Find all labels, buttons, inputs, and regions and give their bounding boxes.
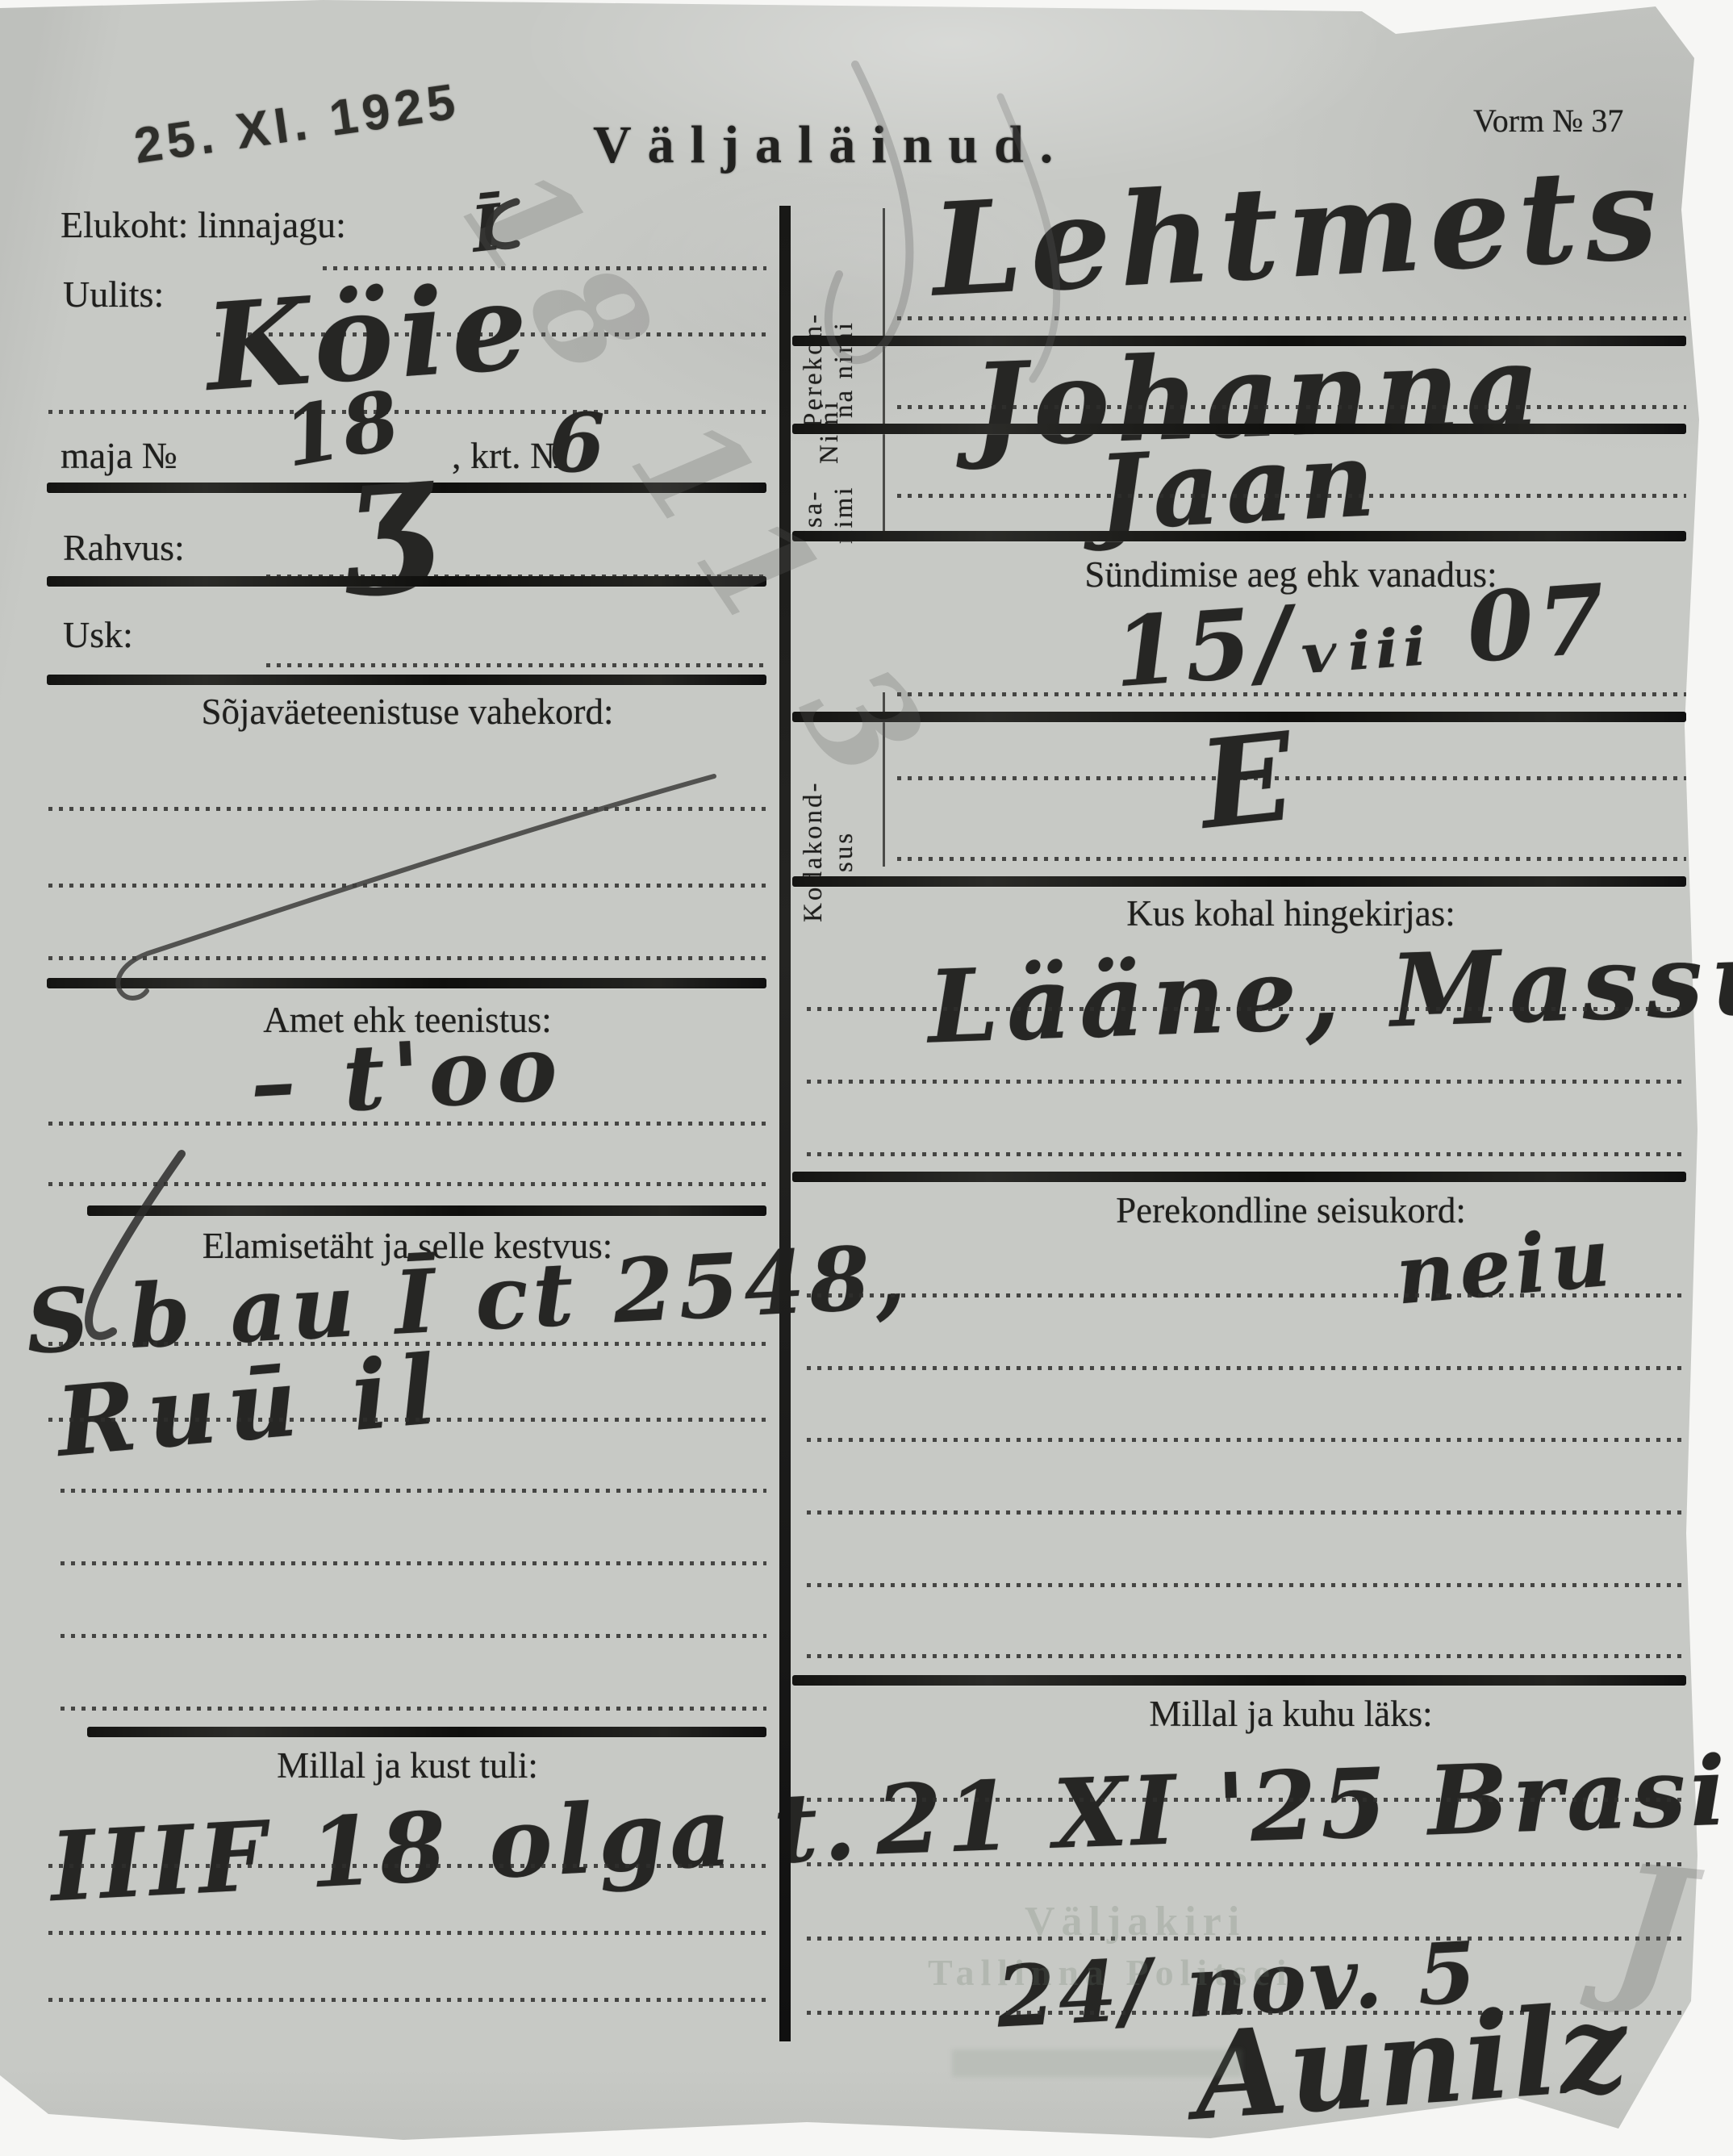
blank-line bbox=[807, 1366, 1686, 1370]
kodakondsus-line bbox=[897, 857, 1686, 861]
registration-card: 25. XI. 1925 Väljaläinud. Vorm № 37 Eluk… bbox=[0, 0, 1733, 2156]
blank-line bbox=[61, 1561, 766, 1565]
rahvus-entry: Ʒ bbox=[341, 449, 453, 631]
blank-line bbox=[807, 1152, 1686, 1156]
blank-line bbox=[807, 1438, 1686, 1442]
sundimine-line bbox=[897, 692, 1686, 696]
blank-line bbox=[48, 1998, 766, 2002]
page-title: Väljaläinud. bbox=[593, 115, 1069, 176]
uulits-label: Uulits: bbox=[63, 273, 164, 315]
blank-line bbox=[48, 1931, 766, 1935]
divider-rule bbox=[792, 876, 1686, 887]
ghost-stamp-line1: Väljakiri bbox=[1025, 1898, 1246, 1945]
divider-rule bbox=[87, 1205, 766, 1216]
nimi-line bbox=[897, 405, 1686, 409]
blank-line bbox=[807, 1293, 1686, 1297]
divider-rule bbox=[792, 1675, 1686, 1686]
blank-line bbox=[48, 1864, 766, 1868]
blank-line bbox=[48, 1122, 766, 1126]
divider-rule bbox=[47, 978, 766, 988]
blank-line bbox=[807, 1510, 1686, 1515]
kodakondsus-entry: E bbox=[1193, 705, 1302, 856]
blank-line bbox=[48, 807, 766, 811]
blank-line bbox=[48, 1418, 766, 1422]
divider-rule bbox=[47, 576, 766, 587]
blank-line bbox=[48, 956, 766, 960]
perekonnanimi-line bbox=[897, 316, 1686, 320]
kodakondsus-label-line2: sus bbox=[829, 830, 858, 871]
divider-rule bbox=[47, 675, 766, 685]
divider-rule bbox=[792, 531, 1686, 541]
blank-line bbox=[807, 1007, 1686, 1011]
blank-line bbox=[807, 1798, 1686, 1802]
blank-line bbox=[61, 1489, 766, 1493]
divider-rule bbox=[87, 1727, 766, 1737]
blank-line bbox=[807, 1862, 1686, 1866]
ghost-stamp-line2: Tallinna Politsei bbox=[928, 1951, 1293, 1994]
rahvus-label: Rahvus: bbox=[63, 526, 185, 569]
blank-line bbox=[48, 1182, 766, 1186]
official-signature: Aunilz bbox=[1190, 1976, 1633, 2146]
blank-line bbox=[61, 1707, 766, 1711]
seisukord-entry: neiu bbox=[1392, 1209, 1618, 1322]
label-box-line bbox=[883, 208, 885, 535]
amet-entry: – t'oo bbox=[248, 1015, 568, 1137]
blank-line bbox=[807, 1080, 1686, 1084]
form-number: Vorm № 37 bbox=[1473, 102, 1623, 140]
blank-line bbox=[807, 1654, 1686, 1658]
blank-line bbox=[61, 1634, 766, 1638]
sojavae-label: Sõjaväeteenistuse vahekord: bbox=[48, 691, 766, 733]
maja-label: maja № bbox=[61, 434, 177, 477]
isanimi-line bbox=[897, 494, 1686, 498]
blank-line bbox=[48, 884, 766, 888]
elukoht-label: Elukoht: linnajagu: bbox=[61, 203, 346, 246]
divider-rule bbox=[792, 1172, 1686, 1182]
usk-label: Usk: bbox=[63, 613, 133, 656]
laks-label: Millal ja kuhu läks: bbox=[896, 1693, 1686, 1735]
usk-line bbox=[266, 663, 766, 667]
ghost-stamp-band bbox=[952, 2049, 1242, 2077]
blank-line bbox=[807, 1583, 1686, 1587]
